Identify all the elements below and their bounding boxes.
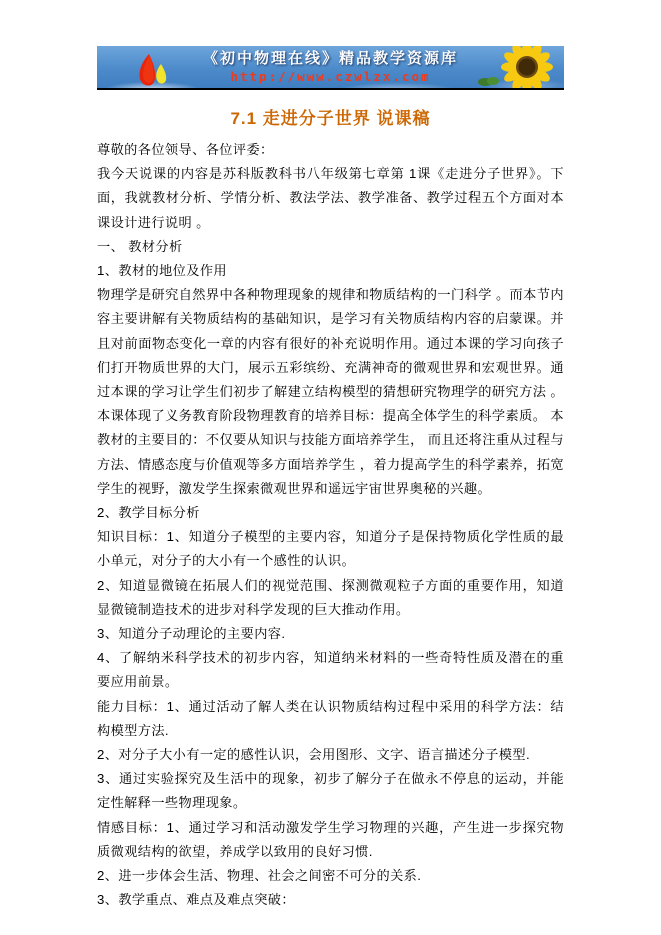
paragraph-knowledge-goal-1: 知识目标：1、知道分子模型的主要内容，知道分子是保持物质化学性质的最小单元，对分…: [97, 525, 564, 573]
document-title: 7.1 走进分子世界 说课稿: [97, 104, 564, 129]
site-banner: 《初中物理在线》精品教学资源库 http://www.czwlzx.com: [97, 46, 564, 90]
heading-section-1: 一、 教材分析: [97, 235, 564, 259]
site-title: 《初中物理在线》精品教学资源库: [203, 49, 458, 69]
paragraph-emotion-goal-2: 2、进一步体会生活、物理、社会之间密不可分的关系.: [97, 864, 564, 888]
heading-teaching-goals: 2、教学目标分析: [97, 501, 564, 525]
paragraph-salutation: 尊敬的各位领导、各位评委：: [97, 138, 564, 162]
heading-key-points: 3、教学重点、难点及难点突破：: [97, 888, 564, 912]
paragraph-knowledge-goal-4: 4、了解纳米科学技术的初步内容，知道纳米材料的一些奇特性质及潜在的重要应用前景。: [97, 646, 564, 694]
sunflower-icon: [496, 46, 558, 90]
heading-material-role: 1、教材的地位及作用: [97, 259, 564, 283]
document-page: 《初中物理在线》精品教学资源库 http://www.czwlzx.com: [0, 0, 661, 935]
paragraph-ability-goal-3: 3、通过实验探究及生活中的现象，初步了解分子在做永不停息的运动，并能定性解释一些…: [97, 767, 564, 815]
site-url-link[interactable]: http://www.czwlzx.com: [230, 69, 430, 85]
paragraph-knowledge-goal-3: 3、知道分子动理论的主要内容.: [97, 622, 564, 646]
document-body: 尊敬的各位领导、各位评委： 我今天说课的内容是苏科版教科书八年级第七章第 1课《…: [97, 138, 564, 913]
paragraph-intro: 我今天说课的内容是苏科版教科书八年级第七章第 1课《走进分子世界》。下面，我就教…: [97, 162, 564, 235]
paragraph-ability-goal-1: 能力目标：1、通过活动了解人类在认识物质结构过程中采用的科学方法：结构模型方法.: [97, 695, 564, 743]
paragraph-material-role: 物理学是研究自然界中各种物理现象的规律和物质结构的一门科学 。而本节内容主要讲解…: [97, 283, 564, 501]
paragraph-emotion-goal-1: 情感目标：1、通过学习和活动激发学生学习物理的兴趣，产生进一步探究物质微观结构的…: [97, 816, 564, 864]
paragraph-knowledge-goal-2: 2、知道显微镜在拓展人们的视觉范围、探测微观粒子方面的重要作用，知道显微镜制造技…: [97, 574, 564, 622]
content-column: 《初中物理在线》精品教学资源库 http://www.czwlzx.com: [97, 46, 564, 913]
paragraph-ability-goal-2: 2、对分子大小有一定的感性认识，会用图形、文字、语言描述分子模型.: [97, 743, 564, 767]
